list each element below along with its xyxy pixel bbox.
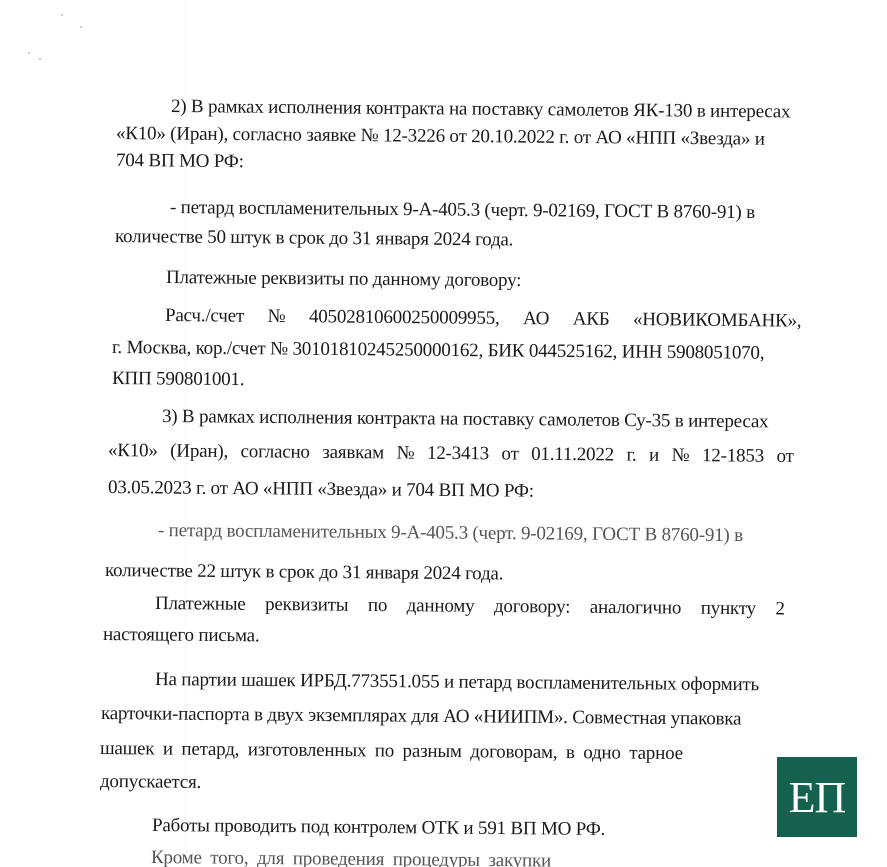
p2-line-1: 2) В рамках исполнения контракта на пост… [171,96,873,124]
p2-item-line-2: количестве 50 штук в срок до 31 января 2… [115,226,513,251]
p3-item-line-2: количестве 22 штук в срок до 31 января 2… [105,560,503,585]
last-line-partial: Кроме того, для проведения процедуры зак… [151,847,551,867]
p2-payment-line-2: г. Москва, кор./счет № 30101810245250000… [112,337,765,365]
p2-item-line-1: - петард воспламенительных 9-А-405.3 (че… [170,197,755,224]
p2-payment-line-1: Расч./счет № 40502810600250009955, АО АК… [165,305,802,333]
ep-logo: ЕП [777,757,857,837]
passport-line-4: допускается. [100,771,201,794]
p3-payment-line-1: Платежные реквизиты по данному договору:… [155,593,785,620]
p2-payment-heading: Платежные реквизиты по данному договору: [166,267,521,292]
p3-payment-line-2: настоящего письма. [103,624,260,647]
p2-line-3: 704 ВП МО РФ: [116,150,244,173]
scanned-document-page: 2) В рамках исполнения контракта на пост… [0,0,887,867]
p3-line-3: 03.05.2023 г. от АО «НПП «Звезда» и 704 … [108,477,534,503]
control-line: Работы проводить под контролем ОТК и 591… [152,815,605,841]
passport-line-2: карточки-паспорта в двух экземплярах для… [101,703,741,731]
passport-line-3: шашек и петард, изготовленных по разным … [100,738,683,765]
p2-line-2: «К10» (Иран), согласно заявке № 12-3226 … [116,123,765,151]
p3-item-line-1: - петард воспламенительных 9-А-405.3 (че… [158,520,743,547]
p3-line-2: «К10» (Иран), согласно заявкам № 12-3413… [108,440,794,468]
passport-line-1: На партии шашек ИРБД.773551.055 и петард… [155,669,759,696]
p2-payment-line-3: КПП 590801001. [112,368,245,391]
p3-line-1: 3) В рамках исполнения контракта на пост… [162,406,769,433]
